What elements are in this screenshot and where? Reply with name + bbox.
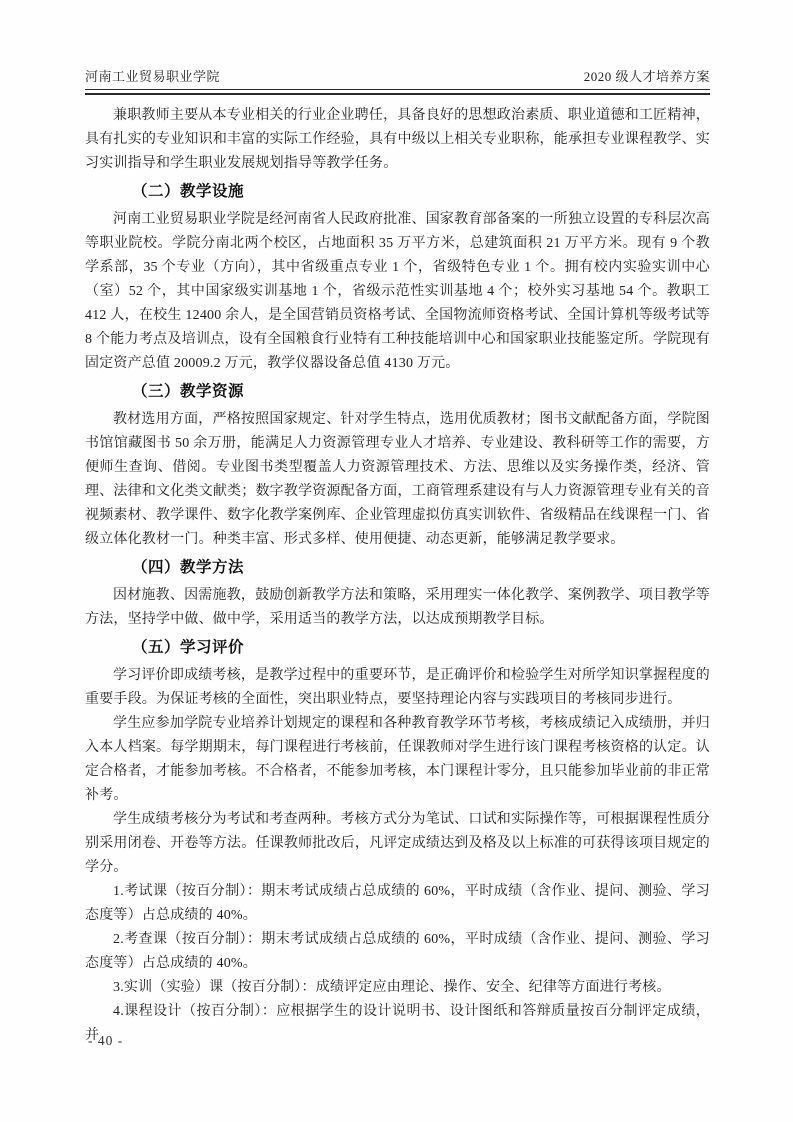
paragraph-item-1-exam-course: 1.考试课（按百分制）：期末考试成绩占总成绩的 60%，平时成绩（含作业、提问、… [85, 880, 710, 928]
header-divider-rule [85, 89, 710, 95]
document-body: 兼职教师主要从本专业相关的行业企业聘任，具备良好的思想政治素质、职业道德和工匠精… [85, 104, 710, 1048]
paragraph-item-2-assessment-course: 2.考查课（按百分制）：期末考试成绩占总成绩的 60%，平时成绩（含作业、提问、… [85, 928, 710, 976]
paragraph-evaluation-intro: 学习评价即成绩考核，是教学过程中的重要环节，是正确评价和检验学生对所学知识掌握程… [85, 664, 710, 712]
section-heading-teaching-resources: （三）教学资源 [132, 380, 710, 404]
section-heading-learning-evaluation: （五）学习评价 [132, 636, 710, 660]
section-heading-teaching-methods: （四）教学方法 [132, 556, 710, 580]
paragraph-teaching-resources: 教材选用方面，严格按照国家规定、针对学生特点，选用优质教材；图书文献配备方面，学… [85, 408, 710, 552]
paragraph-item-3-practical-course: 3.实训（实验）课（按百分制）：成绩评定应由理论、操作、安全、纪律等方面进行考核… [85, 976, 710, 1000]
page-number: - 40 - [88, 1033, 123, 1049]
paragraph-exam-qualification: 学生应参加学院专业培养计划规定的课程和各种教育教学环节考核，考核成绩记入成绩册，… [85, 712, 710, 808]
paragraph-part-time-teachers: 兼职教师主要从本专业相关的行业企业聘任，具备良好的思想政治素质、职业道德和工匠精… [85, 104, 710, 176]
header-school-name: 河南工业贸易职业学院 [85, 68, 220, 85]
paragraph-teaching-methods: 因材施教、因需施教，鼓励创新教学方法和策略，采用理实一体化教学、案例教学、项目教… [85, 584, 710, 632]
page-header: 河南工业贸易职业学院 2020 级人才培养方案 [85, 68, 710, 89]
paragraph-item-4-course-design: 4.课程设计（按百分制）：应根据学生的设计说明书、设计图纸和答辩质量按百分制评定… [85, 1000, 710, 1048]
section-heading-teaching-facilities: （二）教学设施 [132, 180, 710, 204]
header-doc-title: 2020 级人才培养方案 [584, 68, 710, 85]
paragraph-exam-types: 学生成绩考核分为考试和考查两种。考核方式分为笔试、口试和实际操作等，可根据课程性… [85, 808, 710, 880]
paragraph-college-overview: 河南工业贸易职业学院是经河南省人民政府批准、国家教育部备案的一所独立设置的专科层… [85, 208, 710, 376]
document-page: 河南工业贸易职业学院 2020 级人才培养方案 兼职教师主要从本专业相关的行业企… [0, 0, 793, 1122]
